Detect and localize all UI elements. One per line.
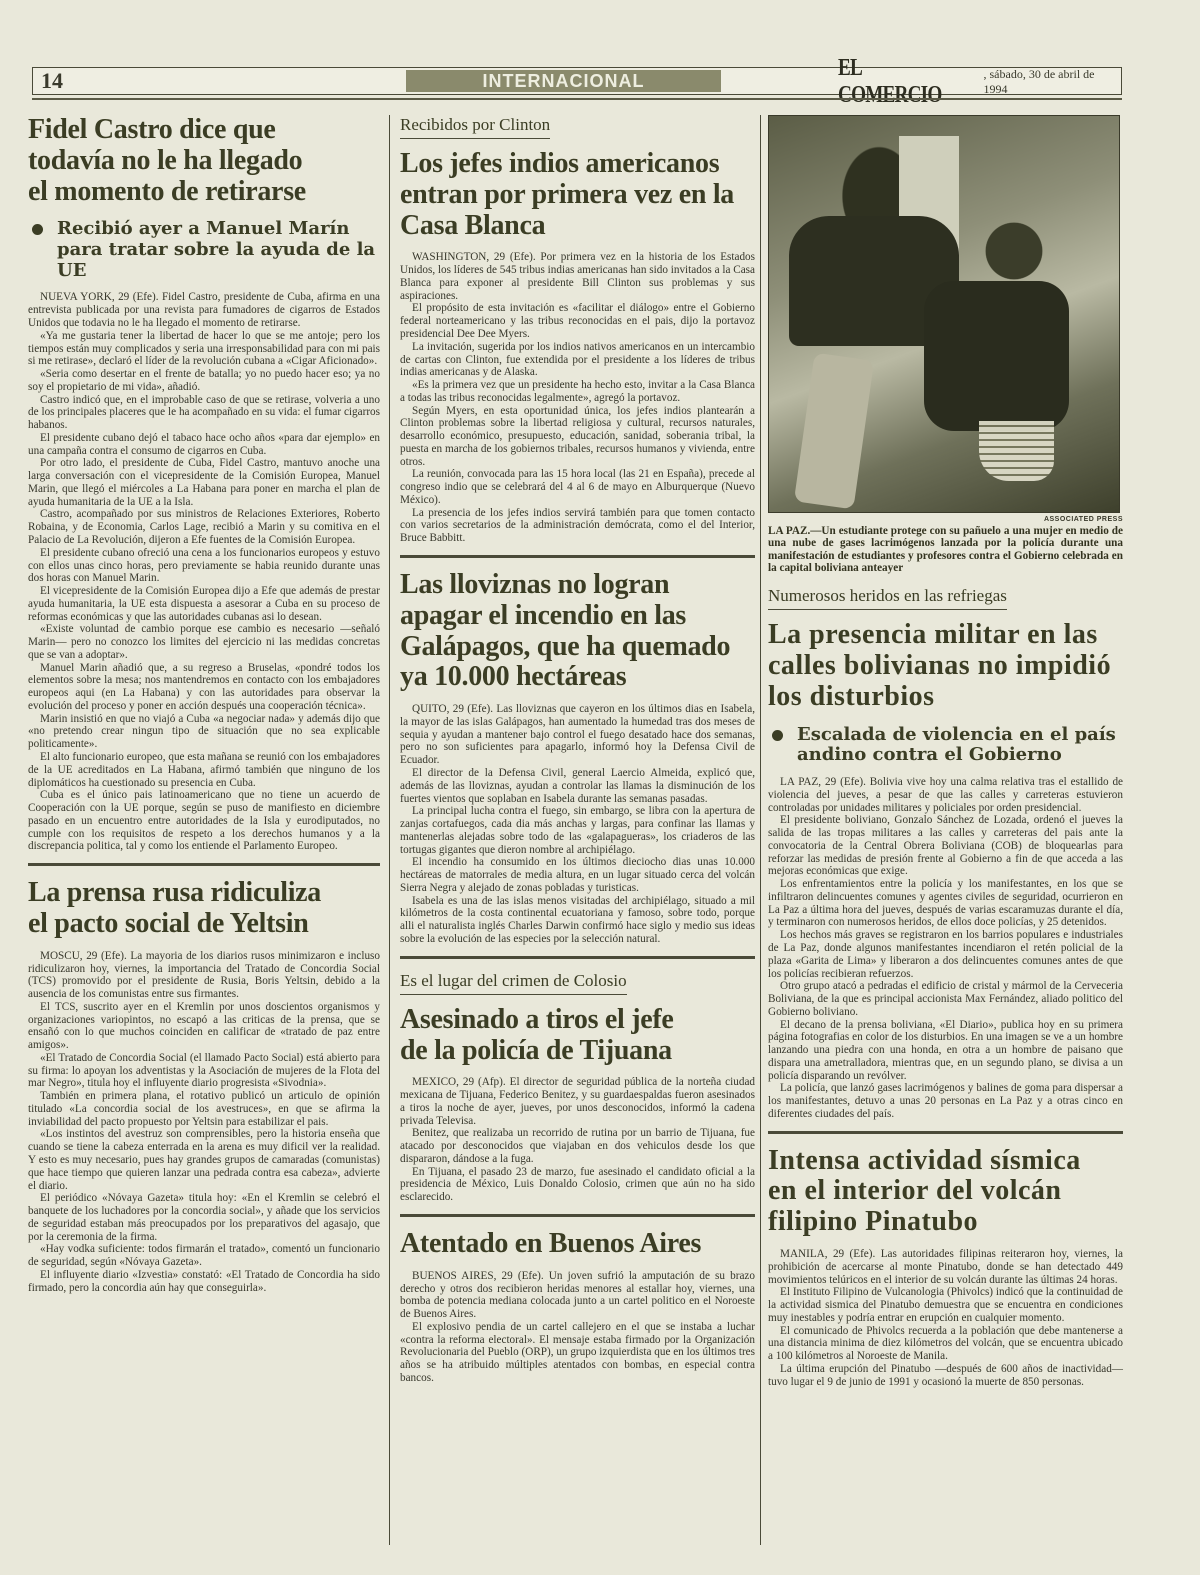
section-divider bbox=[400, 555, 755, 558]
paragraph: La invitación, sugerida por los indios n… bbox=[400, 341, 755, 379]
article-body: BUENOS AIRES, 29 (Efe). Un joven sufrió … bbox=[400, 1270, 755, 1385]
kicker: Numerosos heridos en las refriegas bbox=[768, 586, 1007, 610]
bullet-icon bbox=[772, 730, 783, 741]
paragraph: «Existe voluntad de cambio porque ese ca… bbox=[28, 623, 380, 661]
paragraph: Castro indicó que, en el improbable caso… bbox=[28, 394, 380, 432]
subhead: Recibió ayer a Manuel Marín para tratar … bbox=[32, 219, 380, 281]
paragraph: El director de la Defensa Civil, general… bbox=[400, 767, 755, 805]
article-galapagos: Las lloviznas no logran apagar el incend… bbox=[400, 570, 755, 946]
paragraph: «Los instintos del avestruz son comprens… bbox=[28, 1128, 380, 1192]
column-divider bbox=[389, 115, 390, 1545]
section-divider bbox=[400, 956, 755, 959]
column-right: ASSOCIATED PRESS LA PAZ.—Un estudiante p… bbox=[768, 115, 1123, 1389]
paragraph: Castro, acompañado por sus ministros de … bbox=[28, 508, 380, 546]
paragraph: El TCS, suscrito ayer en el Kremlin por … bbox=[28, 1001, 380, 1052]
paragraph: LA PAZ, 29 (Efe). Bolivia vive hoy una c… bbox=[768, 776, 1123, 814]
paragraph: El influyente diario «Izvestia» constató… bbox=[28, 1269, 380, 1295]
column-divider bbox=[760, 115, 761, 1545]
paragraph: El decano de la prensa boliviana, «El Di… bbox=[768, 1019, 1123, 1083]
page-number: 14 bbox=[33, 68, 123, 94]
article-pinatubo: Intensa actividad sísmica en el interior… bbox=[768, 1146, 1123, 1389]
paragraph: «Hay vodka suficiente: todos firmarán el… bbox=[28, 1243, 380, 1269]
headline: Los jefes indios americanos entran por p… bbox=[400, 149, 740, 241]
masthead: EL COMERCIO , sábado, 30 de abril de 199… bbox=[838, 68, 1121, 96]
article-castro: Fidel Castro dice que todavía no le ha l… bbox=[28, 115, 380, 853]
paragraph: BUENOS AIRES, 29 (Efe). Un joven sufrió … bbox=[400, 1270, 755, 1321]
paragraph: La presencia de los jefes indios servirá… bbox=[400, 507, 755, 545]
article-body: NUEVA YORK, 29 (Efe). Fidel Castro, pres… bbox=[28, 291, 380, 853]
headline: Las lloviznas no logran apagar el incend… bbox=[400, 570, 745, 693]
article-body: MANILA, 29 (Efe). Las autoridades filipi… bbox=[768, 1248, 1123, 1388]
headline: Asesinado a tiros el jefe de la policía … bbox=[400, 1005, 690, 1067]
paragraph: Según Myers, en esta oportunidad única, … bbox=[400, 405, 755, 469]
paragraph: La última erupción del Pinatubo —después… bbox=[768, 1363, 1123, 1389]
paragraph: Cuba es el único pais latinoamericano qu… bbox=[28, 789, 380, 853]
paragraph: MEXICO, 29 (Afp). El director de segurid… bbox=[400, 1076, 755, 1127]
paragraph: La reunión, convocada para las 15 hora l… bbox=[400, 468, 755, 506]
news-photo: ASSOCIATED PRESS LA PAZ.—Un estudiante p… bbox=[768, 115, 1123, 574]
article-body: WASHINGTON, 29 (Efe). Por primera vez en… bbox=[400, 251, 755, 545]
article-body: QUITO, 29 (Efe). Las lloviznas que cayer… bbox=[400, 703, 755, 946]
paragraph: Isabela es una de las islas menos visita… bbox=[400, 895, 755, 946]
paragraph: Marin insistió en que no viajó a Cuba «a… bbox=[28, 713, 380, 751]
article-buenos-aires: Atentado en Buenos Aires BUENOS AIRES, 2… bbox=[400, 1229, 755, 1385]
page-header: 14 INTERNACIONAL EL COMERCIO , sábado, 3… bbox=[32, 67, 1122, 95]
kicker: Recibidos por Clinton bbox=[400, 115, 550, 139]
headline: Intensa actividad sísmica en el interior… bbox=[768, 1146, 1108, 1238]
paragraph: MANILA, 29 (Efe). Las autoridades filipi… bbox=[768, 1248, 1123, 1286]
paragraph: Benitez, que realizaba un recorrido de r… bbox=[400, 1127, 755, 1165]
headline: La presencia militar en las calles boliv… bbox=[768, 620, 1113, 712]
section-title: INTERNACIONAL bbox=[406, 70, 721, 92]
paragraph: El presidente cubano dejó el tabaco hace… bbox=[28, 432, 380, 458]
paragraph: Los hechos más graves se registraron en … bbox=[768, 929, 1123, 980]
paragraph: La policía, que lanzó gases lacrimógenos… bbox=[768, 1082, 1123, 1120]
paragraph: El periódico «Nóvaya Gazeta» titula hoy:… bbox=[28, 1192, 380, 1243]
article-body: MEXICO, 29 (Afp). El director de segurid… bbox=[400, 1076, 755, 1204]
paragraph: En Tijuana, el pasado 23 de marzo, fue a… bbox=[400, 1166, 755, 1204]
photo-credit: ASSOCIATED PRESS bbox=[768, 516, 1123, 523]
photo-caption: LA PAZ.—Un estudiante protege con su pañ… bbox=[768, 525, 1123, 574]
article-body: LA PAZ, 29 (Efe). Bolivia vive hoy una c… bbox=[768, 776, 1123, 1121]
paragraph: «Ya me gustaria tener la libertad de hac… bbox=[28, 330, 380, 368]
paragraph: Otro grupo atacó a pedradas el edificio … bbox=[768, 980, 1123, 1018]
issue-date: , sábado, 30 de abril de 1994 bbox=[984, 67, 1121, 97]
paragraph: «Es la primera vez que un presidente ha … bbox=[400, 379, 755, 405]
headline: Fidel Castro dice que todavía no le ha l… bbox=[28, 115, 318, 207]
paragraph: El comunicado de Phivolcs recuerda a la … bbox=[768, 1325, 1123, 1363]
paragraph: MOSCU, 29 (Efe). La mayoria de los diari… bbox=[28, 950, 380, 1001]
section-divider bbox=[400, 1214, 755, 1217]
paragraph: El incendio ha consumido en los últimos … bbox=[400, 856, 755, 894]
bullet-icon bbox=[32, 224, 43, 235]
article-bolivia: Numerosos heridos en las refriegas La pr… bbox=[768, 586, 1123, 1120]
article-tijuana: Es el lugar del crimen de Colosio Asesin… bbox=[400, 971, 755, 1204]
paragraph: QUITO, 29 (Efe). Las lloviznas que cayer… bbox=[400, 703, 755, 767]
paragraph: La principal lucha contra el fuego, sin … bbox=[400, 805, 755, 856]
headline: La prensa rusa ridiculiza el pacto socia… bbox=[28, 878, 328, 940]
article-clinton: Recibidos por Clinton Los jefes indios a… bbox=[400, 115, 755, 545]
kicker: Es el lugar del crimen de Colosio bbox=[400, 971, 627, 995]
section-divider bbox=[28, 863, 380, 866]
paragraph: El vicepresidente de la Comisión Europea… bbox=[28, 585, 380, 623]
column-middle: Recibidos por Clinton Los jefes indios a… bbox=[400, 115, 755, 1385]
paragraph: El presidente boliviano, Gonzalo Sánchez… bbox=[768, 814, 1123, 878]
column-left: Fidel Castro dice que todavía no le ha l… bbox=[28, 115, 380, 1294]
paragraph: El propósito de esta invitación es «faci… bbox=[400, 302, 755, 340]
photo-la-paz-protest bbox=[768, 115, 1120, 513]
paragraph: El presidente cubano ofreció una cena a … bbox=[28, 547, 380, 585]
article-yeltsin: La prensa rusa ridiculiza el pacto socia… bbox=[28, 878, 380, 1294]
subhead: Escalada de violencia en el país andino … bbox=[772, 725, 1123, 766]
paragraph: NUEVA YORK, 29 (Efe). Fidel Castro, pres… bbox=[28, 291, 380, 329]
article-body: MOSCU, 29 (Efe). La mayoria de los diari… bbox=[28, 950, 380, 1295]
paragraph: «Seria como desertar en el frente de bat… bbox=[28, 368, 380, 394]
paragraph: Los enfrentamientos entre la policía y l… bbox=[768, 878, 1123, 929]
paragraph: «El Tratado de Concordia Social (el llam… bbox=[28, 1052, 380, 1090]
paragraph: Por otro lado, el presidente de Cuba, Fi… bbox=[28, 457, 380, 508]
paragraph: El Instituto Filipino de Vulcanologia (P… bbox=[768, 1286, 1123, 1324]
section-divider bbox=[768, 1131, 1123, 1134]
paragraph: WASHINGTON, 29 (Efe). Por primera vez en… bbox=[400, 251, 755, 302]
paragraph: El explosivo pendia de un cartel calleje… bbox=[400, 1321, 755, 1385]
paragraph: El alto funcionario europeo, que esta ma… bbox=[28, 751, 380, 789]
paragraph: También en primera plana, el rotativo pu… bbox=[28, 1090, 380, 1128]
newspaper-name: EL COMERCIO bbox=[838, 55, 950, 109]
paragraph: Manuel Marin añadió que, a su regreso a … bbox=[28, 662, 380, 713]
headline: Atentado en Buenos Aires bbox=[400, 1229, 755, 1260]
